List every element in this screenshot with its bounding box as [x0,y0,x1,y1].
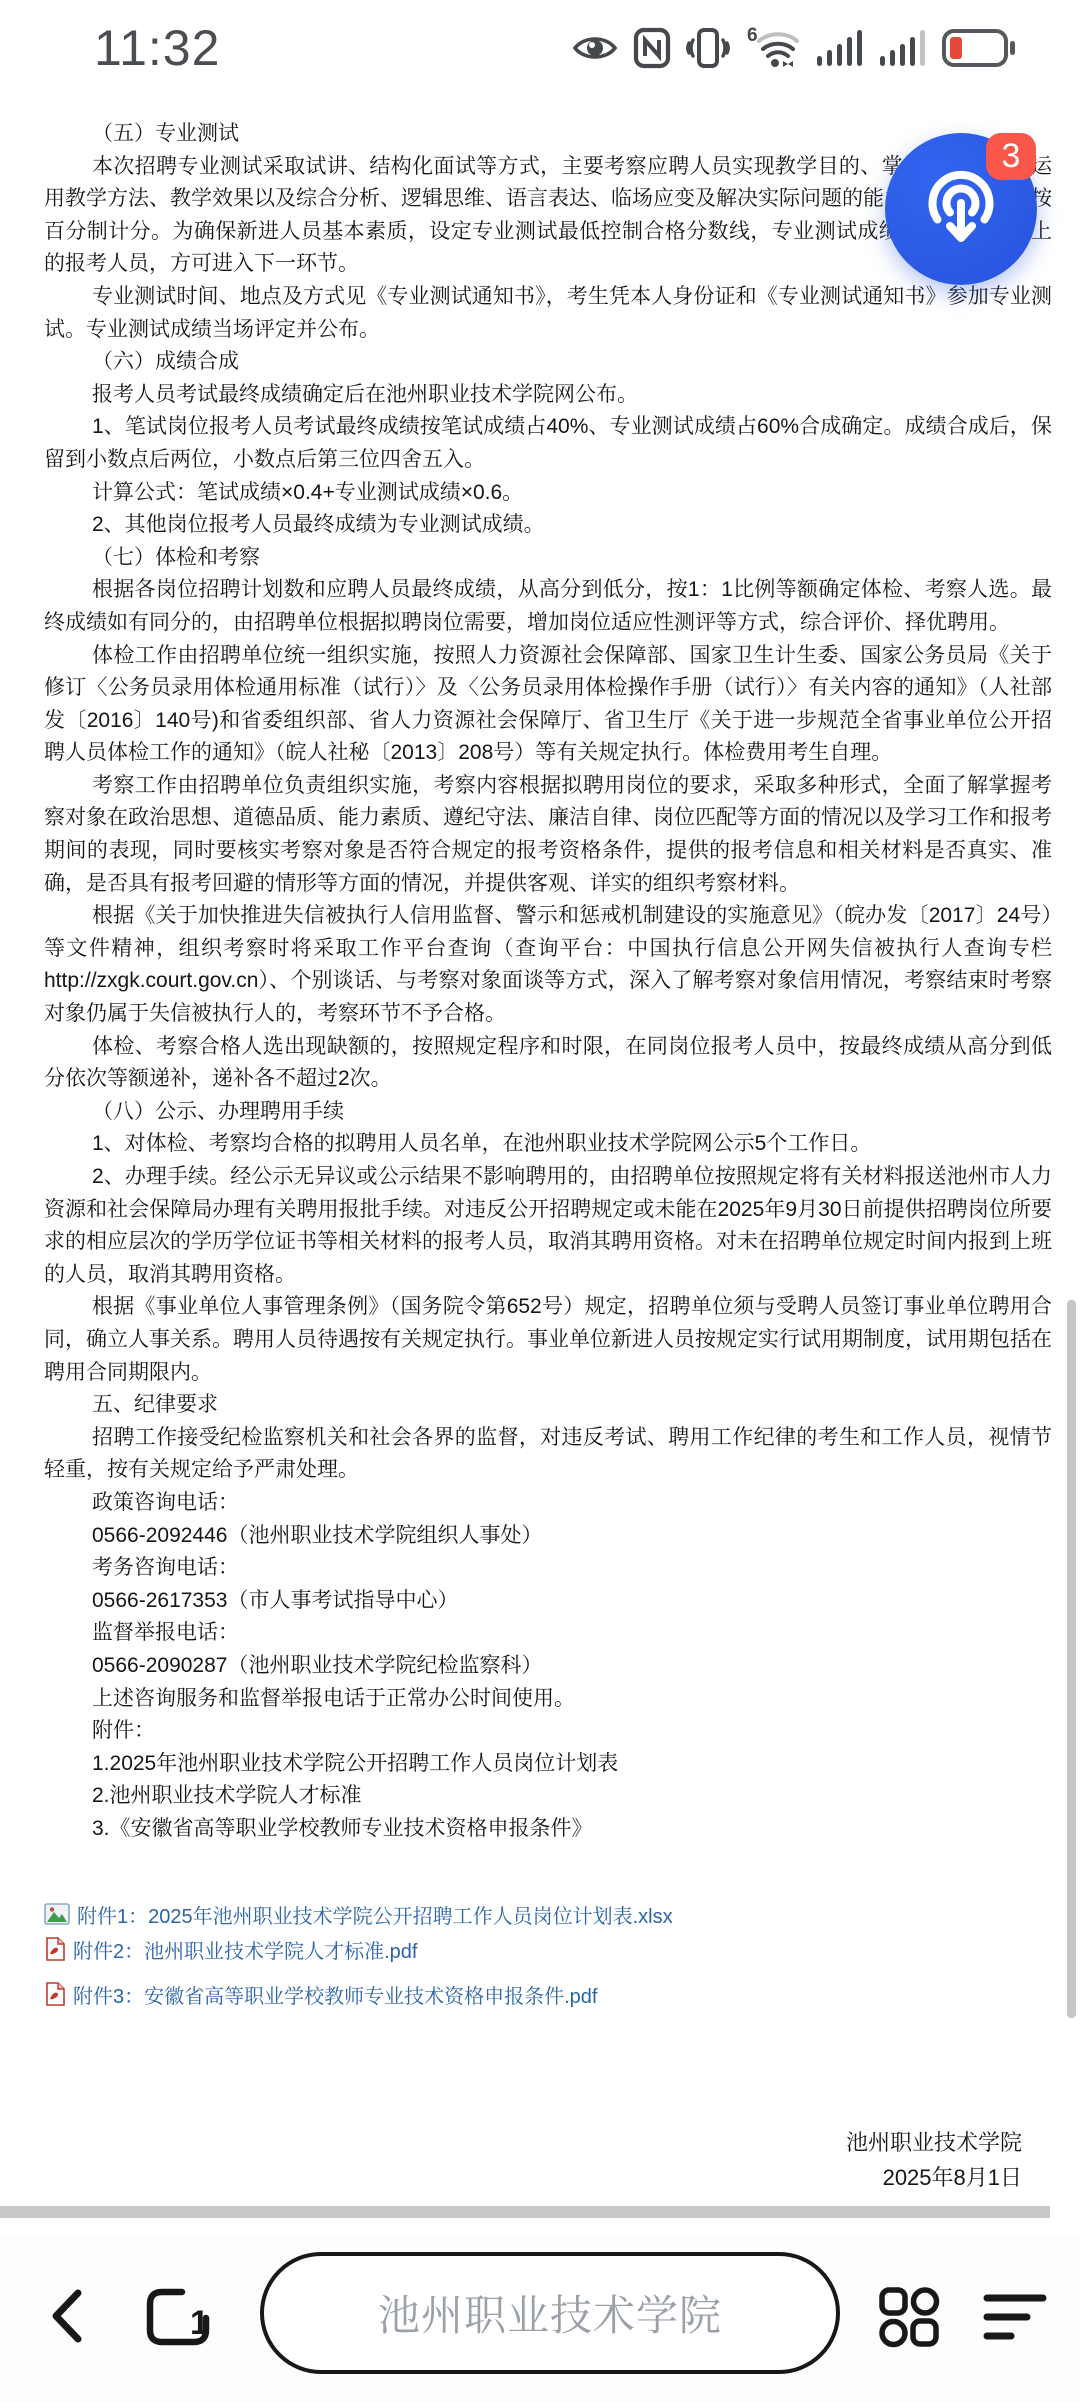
doc-paragraph: 2.池州职业技术学院人才标准 [44,1780,1052,1813]
doc-paragraph: （八）公示、办理聘用手续 [44,1096,1052,1129]
attachment-link[interactable]: 附件2：池州职业技术学院人才标准.pdf [44,1934,1052,1964]
doc-paragraph: 专业测试时间、地点及方式见《专业测试通知书》，考生凭本人身份证和《专业测试通知书… [44,281,1052,346]
tab-switcher-button[interactable]: 1 [140,2285,216,2353]
doc-paragraph: 0566-2092446（池州职业技术学院组织人事处） [44,1520,1052,1553]
doc-paragraph: 附件： [44,1715,1052,1748]
signature-org: 池州职业技术学院 [44,2125,1022,2160]
address-bar[interactable]: 池州职业技术学院 [260,2252,840,2374]
document-paragraphs: （五）专业测试本次招聘专业测试采取试讲、结构化面试等方式，主要考察应聘人员实现教… [44,118,1052,1845]
attachment-link[interactable]: 附件1：2025年池州职业技术学院公开招聘工作人员岗位计划表.xlsx [44,1899,1052,1929]
attachment-link-text: 附件2：池州职业技术学院人才标准.pdf [73,1935,417,1964]
doc-paragraph: 政策咨询电话： [44,1487,1052,1520]
browser-toolbar: 1 池州职业技术学院 [0,2237,1080,2403]
address-bar-text: 池州职业技术学院 [378,2283,722,2343]
floating-download-button[interactable]: 3 [885,133,1037,285]
signature-date: 2025年8月1日 [44,2160,1022,2195]
doc-paragraph: 考务咨询电话： [44,1552,1052,1585]
doc-paragraph: 3.《安徽省高等职业学校教师专业技术资格申报条件》 [44,1813,1052,1846]
doc-paragraph: 报考人员考试最终成绩确定后在池州职业技术学院网公布。 [44,379,1052,412]
phone-screen: 11:32 [0,0,1080,2403]
doc-paragraph: 体检、考察合格人选出现缺额的，按照规定程序和时限，在同岗位报考人员中，按最终成绩… [44,1031,1052,1096]
doc-paragraph: 招聘工作接受纪检监察机关和社会各界的监督，对违反考试、聘用工作纪律的考生和工作人… [44,1422,1052,1487]
pdf-file-icon [44,1937,66,1961]
doc-paragraph: 0566-2090287（池州职业技术学院纪检监察科） [44,1650,1052,1683]
doc-paragraph: 1.2025年池州职业技术学院公开招聘工作人员岗位计划表 [44,1748,1052,1781]
doc-paragraph: 0566-2617353（市人事考试指导中心） [44,1585,1052,1618]
tab-switcher-icon: 1 [142,2284,214,2355]
doc-paragraph: 计算公式：笔试成绩×0.4+专业测试成绩×0.6。 [44,477,1052,510]
signature-block: 池州职业技术学院 2025年8月1日 [44,2125,1022,2195]
doc-paragraph: 考察工作由招聘单位负责组织实施，考察内容根据拟聘用岗位的要求，采取多种形式，全面… [44,770,1052,900]
doc-paragraph: 根据各岗位招聘计划数和应聘人员最终成绩，从高分到低分，按1：1比例等额确定体检、… [44,574,1052,639]
doc-paragraph: 1、笔试岗位报考人员考试最终成绩按笔试成绩占40%、专业测试成绩占60%合成确定… [44,411,1052,476]
back-button[interactable] [42,2283,92,2353]
miniapp-grid-icon [878,2286,940,2353]
download-count-badge: 3 [986,133,1036,180]
menu-lines-icon [983,2291,1047,2350]
image-file-icon [44,1903,70,1925]
doc-paragraph: 1、对体检、考察均合格的拟聘用人员名单，在池州职业技术学院网公示5个工作日。 [44,1128,1052,1161]
doc-paragraph: （六）成绩合成 [44,346,1052,379]
doc-paragraph: 五、纪律要求 [44,1389,1052,1422]
doc-paragraph: 体检工作由招聘单位统一组织实施，按照人力资源社会保障部、国家卫生计生委、国家公务… [44,640,1052,770]
menu-button[interactable] [980,2291,1050,2349]
doc-paragraph: 2、其他岗位报考人员最终成绩为专业测试成绩。 [44,509,1052,542]
doc-paragraph: （七）体检和考察 [44,542,1052,575]
attachment-link[interactable]: 附件3：安徽省高等职业学校教师专业技术资格申报条件.pdf [44,1979,1052,2009]
doc-paragraph: 根据《事业单位人事管理条例》（国务院令第652号）规定，招聘单位须与受聘人员签订… [44,1291,1052,1389]
back-chevron-icon [47,2287,87,2350]
svg-text:1: 1 [190,2304,209,2342]
doc-paragraph: 监督举报电话： [44,1617,1052,1650]
attachment-link-text: 附件1：2025年池州职业技术学院公开招聘工作人员岗位计划表.xlsx [77,1900,673,1929]
attachment-links: 附件1：2025年池州职业技术学院公开招聘工作人员岗位计划表.xlsx 附件2：… [44,1899,1052,2009]
vertical-scrollbar-thumb[interactable] [1067,1300,1076,2018]
doc-paragraph: 根据《关于加快推进失信被执行人信用监督、警示和惩戒机制建设的实施意见》（皖办发〔… [44,900,1052,1030]
pdf-file-icon [44,1982,66,2006]
horizontal-scrollbar-thumb[interactable] [0,2206,1050,2218]
attachment-link-text: 附件3：安徽省高等职业学校教师专业技术资格申报条件.pdf [73,1980,597,2009]
announcement-document: （五）专业测试本次招聘专业测试采取试讲、结构化面试等方式，主要考察应聘人员实现教… [0,0,1052,2195]
doc-paragraph: （五）专业测试 [44,118,1052,151]
doc-paragraph: 2、办理手续。经公示无异议或公示结果不影响聘用的，由招聘单位按照规定将有关材料报… [44,1161,1052,1291]
doc-paragraph: 上述咨询服务和监督举报电话于正常办公时间使用。 [44,1683,1052,1716]
miniapp-grid-button[interactable] [876,2287,942,2351]
